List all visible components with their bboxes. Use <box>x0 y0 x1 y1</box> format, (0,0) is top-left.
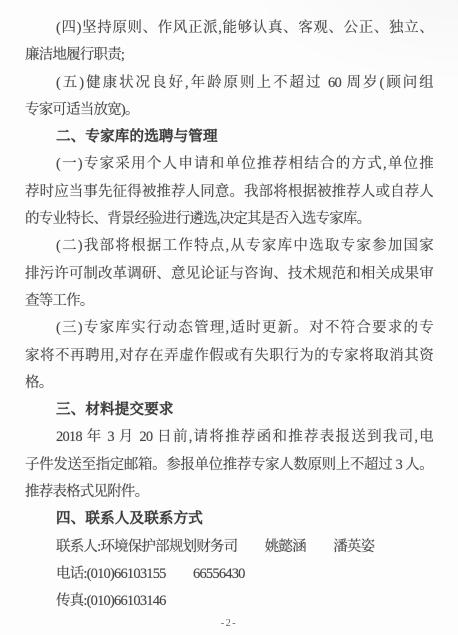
body-line-item-2-end: 查等工作。 <box>25 288 433 315</box>
body-line-clause-4-start: (四)坚持原则、作风正派,能够认真、客观、公正、独立、 <box>25 15 433 42</box>
body-line-item-1-start: (一)专家采用个人申请和单位推荐相结合的方式,单位推 <box>25 151 433 178</box>
page-number: -2- <box>25 618 433 629</box>
body-line-item-1-middle: 荐时应当事先征得被推荐人同意。我部将根据被推荐人或自荐人 <box>25 179 433 206</box>
body-line-item-3-start: (三)专家库实行动态管理,适时更新。对不符合要求的专 <box>25 315 433 342</box>
body-line-item-3-end: 格。 <box>25 370 433 397</box>
body-line-item-2-middle: 排污许可制改革调研、意见论证与咨询、技术规范和相关成果审 <box>25 261 433 288</box>
contact-person-line: 联系人:环境保护部规划财务司 姚懿涵 潘英姿 <box>25 534 433 561</box>
section-heading-contacts: 四、联系人及联系方式 <box>25 506 433 533</box>
document-page: (四)坚持原则、作风正派,能够认真、客观、公正、独立、 廉洁地履行职责; (五)… <box>0 0 458 635</box>
body-line-item-1-end: 的专业特长、背景经验进行遴选,决定其是否入选专家库。 <box>25 206 433 233</box>
body-line-deadline-middle: 子件发送至指定邮箱。参报单位推荐专家人数原则上不超过 3 人。 <box>25 452 433 479</box>
section-heading-material-submission: 三、材料提交要求 <box>25 397 433 424</box>
body-line-clause-5-start: (五)健康状况良好,年龄原则上不超过 60 周岁(顾问组 <box>25 70 433 97</box>
body-line-item-2-start: (二)我部将根据工作特点,从专家库中选取专家参加国家 <box>25 233 433 260</box>
body-line-clause-5-end: 专家可适当放宽)。 <box>25 97 433 124</box>
section-heading-selection-management: 二、专家库的选聘与管理 <box>25 124 433 151</box>
contact-fax-line: 传真:(010)66103146 <box>25 588 433 615</box>
body-line-deadline-end: 推荐表格式见附件。 <box>25 479 433 506</box>
body-line-clause-4-end: 廉洁地履行职责; <box>25 42 433 69</box>
contact-phone-line: 电话:(010)66103155 66556430 <box>25 561 433 588</box>
body-line-deadline-start: 2018 年 3 月 20 日前,请将推荐函和推荐表报送到我司,电 <box>25 424 433 451</box>
body-line-item-3-middle: 家将不再聘用,对存在弄虚作假或有失职行为的专家将取消其资 <box>25 343 433 370</box>
